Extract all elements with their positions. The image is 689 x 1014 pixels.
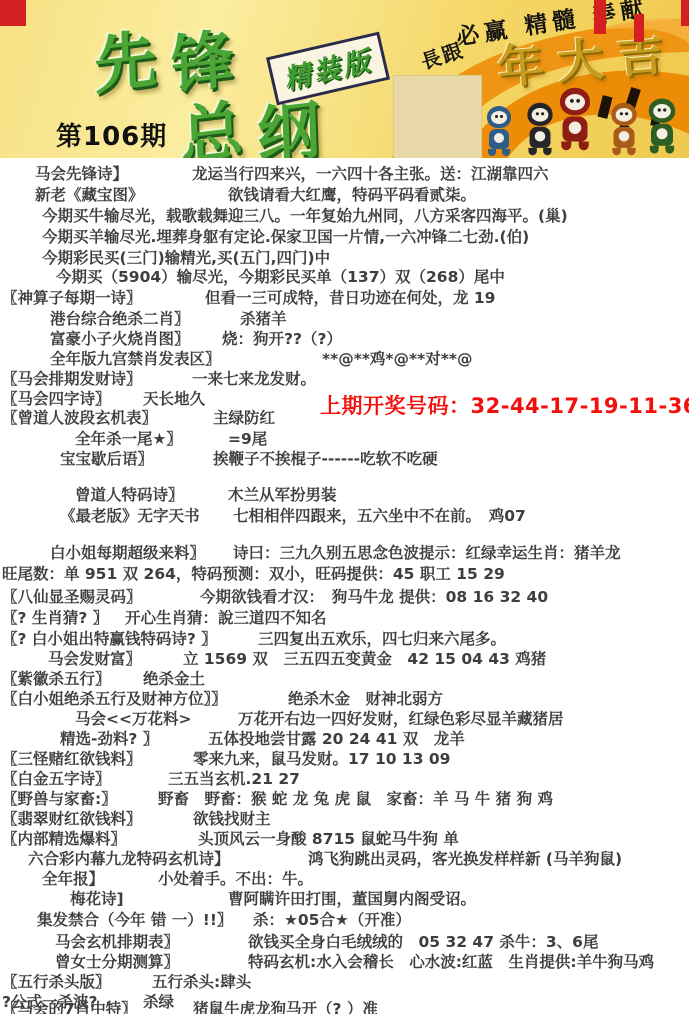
tip-line-label: 马会<<万花料> [75, 707, 191, 729]
tip-line-label: 马会先锋诗】 [35, 162, 128, 184]
tip-line: 全年报】小处着手。不出：牛。 [0, 867, 689, 887]
tip-line-text: =9尾 [228, 427, 267, 449]
tip-line: 〖马会排期发财诗〗一来七来龙发财。 [0, 367, 689, 387]
tip-line-text: 一来七来龙发财。 [192, 367, 316, 389]
tip-line-label: 〖翡翠财红欲钱料〗 [2, 807, 142, 829]
tip-line-text: 挨鞭子不挨棍子------吃软不吃硬 [213, 447, 438, 469]
tip-line-label: 〖白金五字诗〗 [2, 767, 111, 789]
tip-line-text: 主绿防红 [213, 406, 275, 428]
prev-draw-numbers: 32-44-17-19-11-36+28 [471, 394, 689, 418]
green-mascot [649, 99, 675, 154]
tip-line-text: 绝杀木金 财神北弱方 [288, 687, 443, 709]
tip-line-text: 诗曰：三九久别五思念色波提示：红绿幸运生肖：猪羊龙 [233, 541, 621, 563]
red-corner-block [681, 0, 689, 26]
tip-line-label: 全年报】 [42, 867, 104, 889]
tip-line: 〖马会的7肖中特〗猪鼠牛虎龙狗马开（? ）准 [0, 997, 689, 1014]
tip-line-text: 今期买（5904）输尽光，今期彩民买单（137）双（268）尾中 [56, 265, 505, 287]
red-corner-block [594, 0, 606, 34]
tip-line-text: 零来九来，鼠马发财。17 10 13 09 [193, 747, 450, 769]
orange-mascot [611, 103, 636, 156]
tip-line-label: 〖神算子每期一诗〗 [2, 286, 142, 308]
tip-line-text: 小处着手。不出：牛。 [158, 867, 313, 889]
red-corner-block [0, 0, 26, 26]
tip-line: 〖紫徽杀五行〗绝杀金土 [0, 667, 689, 687]
tip-line-label: 〖紫徽杀五行〗 [2, 667, 111, 689]
tip-line-text: 杀：★05合★（开准） [253, 908, 411, 930]
lottery-tip-sheet: 必赢 精髓 奉献 長跟 年大吉 先锋 总纲 精装版 第106期 马会先锋诗】龙运… [0, 0, 689, 1014]
tip-line-text: 木兰从军扮男装 [228, 483, 337, 505]
tip-line-text: 烧：狗开??（?） [222, 327, 342, 349]
tip-line-label: 精选-劲料? 〗 [60, 727, 158, 749]
tip-line-label: 全年杀一尾★〗 [75, 427, 182, 449]
tip-line-label: 〖内部精选爆料〗 [2, 827, 126, 849]
tip-line-text: 今期欲钱看才汉： 狗马牛龙 提供：08 16 32 40 [200, 585, 548, 607]
tip-line-label: 白小姐每期超级来料〗 [50, 541, 205, 563]
tip-line-text: 欲钱找财主 [193, 807, 271, 829]
tip-line-label: 〖马会排期发财诗〗 [2, 367, 142, 389]
tip-line-text: 三五当玄机.21 27 [168, 767, 300, 789]
tip-line-text: 特码玄机:水入会稽长 心水波:红蓝 生肖提供:羊牛狗马鸡 [248, 950, 654, 972]
tip-line-label: 港台综合绝杀二肖〗 [50, 307, 190, 329]
tip-line: 今期彩民买(三门)输精光,买(五门,四门)中 [0, 246, 689, 266]
tip-line: 〖神算子每期一诗〗但看一三可成特，昔日功迹在何处，龙 19 [0, 286, 689, 306]
tip-line: 今期买（5904）输尽光，今期彩民买单（137）双（268）尾中 [0, 265, 689, 285]
tip-line: 精选-劲料? 〗五体投地尝甘露 20 24 41 双 龙羊 [0, 727, 689, 747]
blue-mascot [487, 106, 511, 156]
tip-line-text: 曹阿瞒许田打围，董国舅内阁受诏。 [228, 887, 476, 909]
red-corner-block [634, 14, 644, 42]
tip-line: 全年版九宫禁肖发表区〗**@**鸡*@**对**@ [0, 347, 689, 367]
tip-line-text: 龙运当行四来兴，一六四十各主张。送：江湖靠四六 [192, 162, 549, 184]
issue-number: 第106期 [56, 116, 167, 153]
tip-line-text: 绝杀金土 [143, 667, 205, 689]
tip-line-label: 富豪小子火烧肖图〗 [50, 327, 190, 349]
tip-line: 〖? 白小姐出特赢钱特码诗? 〗三四复出五欢乐，四七归来六尾多。 [0, 627, 689, 647]
tip-line: 六合彩内幕九龙特码玄机诗】鸿飞狗跳出灵码，客光换发样样新 (马羊狗鼠) [0, 847, 689, 867]
tip-line: 马会<<万花料>万花开右边一四好发财，红绿色彩尽显羊藏猪居 [0, 707, 689, 727]
tip-line-text: 野畜 野畜：猴 蛇 龙 兔 虎 鼠 家畜：羊 马 牛 猪 狗 鸡 [158, 787, 553, 809]
tip-line-text: 五行杀头:肆头 [152, 970, 251, 992]
tip-line-label: 〖马会的7肖中特〗 [2, 997, 137, 1014]
tip-line: 曾女士分期测算〗特码玄机:水入会稽长 心水波:红蓝 生肖提供:羊牛狗马鸡 [0, 950, 689, 970]
flame-mascot [560, 88, 590, 151]
tip-line: 全年杀一尾★〗=9尾 [0, 427, 689, 447]
tip-line-text: 五体投地尝甘露 20 24 41 双 龙羊 [208, 727, 465, 749]
tip-line: 港台综合绝杀二肖〗杀猪羊 [0, 307, 689, 327]
tip-line-label: 〖野兽与家畜:〗 [2, 787, 117, 809]
tip-line: 〖翡翠财红欲钱料〗欲钱找财主 [0, 807, 689, 827]
tip-line: 〖白金五字诗〗三五当玄机.21 27 [0, 767, 689, 787]
tip-line-label: 全年版九宫禁肖发表区〗 [50, 347, 221, 369]
panda-mascot [527, 103, 552, 156]
tip-line: 新老《藏宝图》欲钱请看大红鹰，特码平码看贰柒。 [0, 183, 689, 203]
tip-line: 〖三怪赌红欲钱料〗零来九来，鼠马发财。17 10 13 09 [0, 747, 689, 767]
tip-line-label: 〖八仙显圣赐灵码〗 [2, 585, 142, 607]
tip-line-text: 万花开右边一四好发财，红绿色彩尽显羊藏猪居 [238, 707, 564, 729]
tip-line-label: 集发禁合（今年 错 一）!!〗 [37, 908, 232, 930]
tip-line-label: 六合彩内幕九龙特码玄机诗】 [28, 847, 230, 869]
tip-line: 〖内部精选爆料〗头顶风云一身酸 8715 鼠蛇马牛狗 单 [0, 827, 689, 847]
tip-line-text: 欲钱买全身白毛绒绒的 05 32 47 杀牛：3、6尾 [248, 930, 598, 952]
tip-line: 〖八仙显圣赐灵码〗今期欲钱看才汉： 狗马牛龙 提供：08 16 32 40 [0, 585, 689, 605]
tip-line-text: 立 1569 双 三五四五变黄金 42 15 04 43 鸡猪 [183, 647, 546, 669]
tip-line-label: 马会玄机排期表〗 [55, 930, 179, 952]
blank-patch [393, 75, 482, 158]
tip-line: 〖白小姐绝杀五行及财神方位〗〗绝杀木金 财神北弱方 [0, 687, 689, 707]
tip-line-label: 宝宝歇后语〗 [60, 447, 153, 469]
tip-line: 〖五行杀头版〗五行杀头:肆头 [0, 970, 689, 990]
tip-line-text: 但看一三可成特，昔日功迹在何处，龙 19 [205, 286, 495, 308]
tip-line-text: 今期买羊输尽光.埋葬身躯有定论.保家卫国一片情,一六冲锋二七劲.(伯) [42, 225, 529, 247]
tip-line-label: 马会发财富〗 [48, 647, 141, 669]
tip-line: 宝宝歇后语〗挨鞭子不挨棍子------吃软不吃硬 [0, 447, 689, 467]
tip-line: 富豪小子火烧肖图〗烧：狗开??（?） [0, 327, 689, 347]
tip-line: 今期买牛输尽光，载歌载舞迎三八。一年复始九州同，八方采客四海平。(巢) [0, 204, 689, 224]
tip-line-text: 旺尾数：单 951 双 264，特码预测：双小，旺码提供：45 职工 15 29 [2, 562, 505, 584]
tip-line-text: 鸿飞狗跳出灵码，客光换发样样新 (马羊狗鼠) [308, 847, 622, 869]
tip-line: 梅花诗]曹阿瞒许田打围，董国舅内阁受诏。 [0, 887, 689, 907]
tip-line-text: 欲钱请看大红鹰，特码平码看贰柒。 [228, 183, 476, 205]
tip-line-label: 〖? 生肖猜? 〗 [2, 606, 108, 628]
tip-line-label: 《最老版》无字天书 [60, 504, 200, 526]
tip-line-text: 开心生肖猜：說三道四不知名 [125, 606, 327, 628]
tip-line: 旺尾数：单 951 双 264，特码预测：双小，旺码提供：45 职工 15 29 [0, 562, 689, 582]
tip-line-label: 〖三怪赌红欲钱料〗 [2, 747, 142, 769]
tip-line-label: 〖曾道人波段玄机表〗 [2, 406, 157, 428]
prev-draw-announcement: 上期开奖号码：32-44-17-19-11-36+28 [320, 390, 689, 420]
tip-line: 集发禁合（今年 错 一）!!〗杀：★05合★（开准） [0, 908, 689, 928]
tip-line-text: 头顶风云一身酸 8715 鼠蛇马牛狗 单 [198, 827, 459, 849]
tip-line: 马会发财富〗立 1569 双 三五四五变黄金 42 15 04 43 鸡猪 [0, 647, 689, 667]
tip-line-text: 七相相伴四跟来，五六坐中不在前。 鸡07 [233, 504, 526, 526]
tip-line: 《最老版》无字天书七相相伴四跟来，五六坐中不在前。 鸡07 [0, 504, 689, 524]
title-character: 先 [93, 8, 159, 107]
tip-line-label: 新老《藏宝图》 [35, 183, 144, 205]
tip-line-label: 〖五行杀头版〗 [2, 970, 111, 992]
tip-line: 白小姐每期超级来料〗诗曰：三九久别五思念色波提示：红绿幸运生肖：猪羊龙 [0, 541, 689, 561]
tip-line: 今期买羊输尽光.埋葬身躯有定论.保家卫国一片情,一六冲锋二七劲.(伯) [0, 225, 689, 245]
tip-line-text: **@**鸡*@**对**@ [322, 347, 472, 369]
prev-draw-label: 上期开奖号码： [320, 394, 471, 418]
tip-line: 〖野兽与家畜:〗野畜 野畜：猴 蛇 龙 兔 虎 鼠 家畜：羊 马 牛 猪 狗 鸡 [0, 787, 689, 807]
tip-line-label: 〖? 白小姐出特赢钱特码诗? 〗 [2, 627, 217, 649]
tip-line-label: 曾道人特码诗〗 [75, 483, 184, 505]
tip-line: 马会先锋诗】龙运当行四来兴，一六四十各主张。送：江湖靠四六 [0, 162, 689, 182]
tip-line-text: 猪鼠牛虎龙狗马开（? ）准 [193, 997, 378, 1014]
tip-line-text: 今期买牛输尽光，载歌载舞迎三八。一年复始九州同，八方采客四海平。(巢) [42, 204, 568, 226]
tip-line-label: 〖白小姐绝杀五行及财神方位〗〗 [2, 687, 227, 709]
tip-line: 曾道人特码诗〗木兰从军扮男装 [0, 483, 689, 503]
tip-line-text: 杀猪羊 [240, 307, 287, 329]
tip-line-label: 梅花诗] [70, 887, 124, 909]
title-character: 总 [179, 79, 245, 158]
tip-line: 〖? 生肖猜? 〗开心生肖猜：說三道四不知名 [0, 606, 689, 626]
tip-line: 马会玄机排期表〗欲钱买全身白毛绒绒的 05 32 47 杀牛：3、6尾 [0, 930, 689, 950]
masthead: 必赢 精髓 奉献 長跟 年大吉 先锋 总纲 精装版 第106期 [0, 0, 689, 158]
tip-line-text: 三四复出五欢乐，四七归来六尾多。 [258, 627, 506, 649]
tip-line-label: 曾女士分期测算〗 [55, 950, 179, 972]
